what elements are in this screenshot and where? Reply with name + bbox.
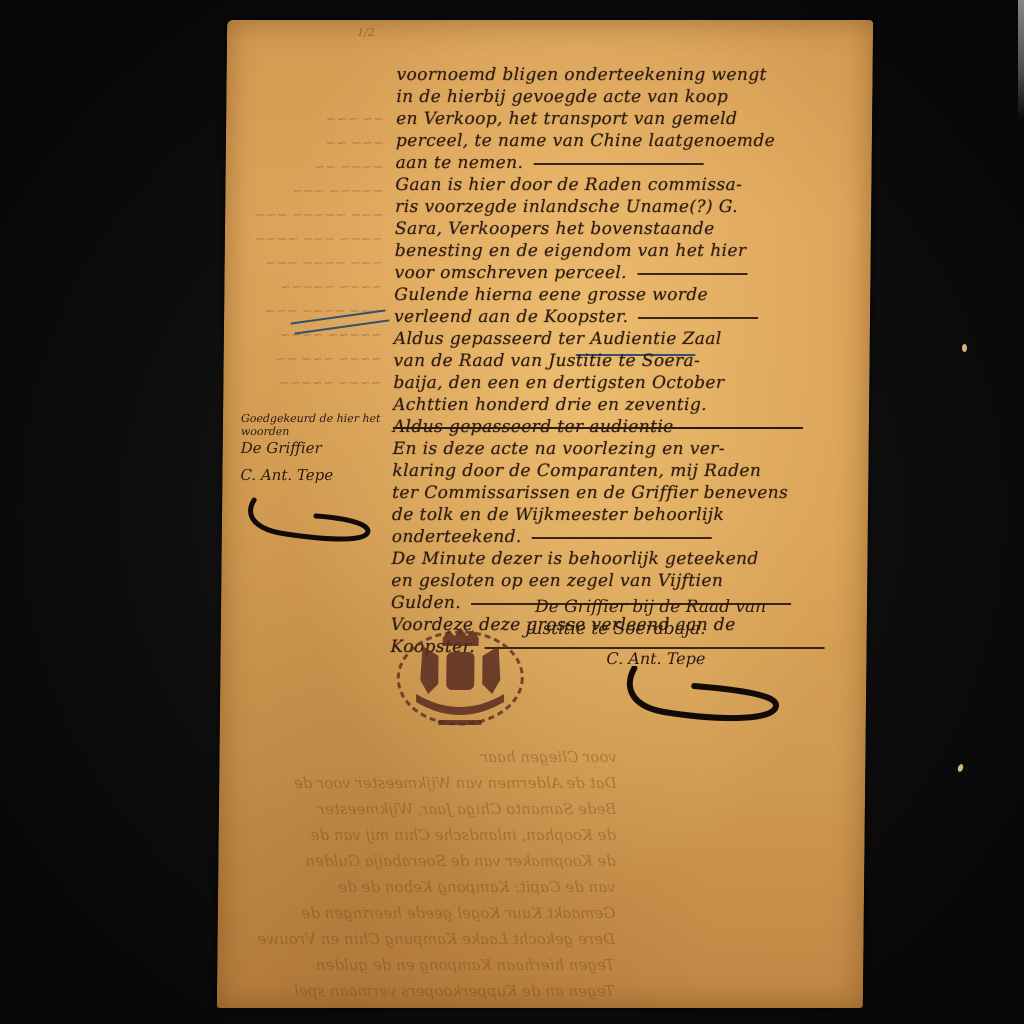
line-filler-rule: [532, 537, 712, 539]
main-handwritten-text: voornoemd bligen onderteekening wengt in…: [390, 64, 866, 658]
text-line: van de Raad van Justitie te Soera-: [393, 350, 863, 372]
frame-edge: [1018, 0, 1024, 120]
corner-mark: 1/2: [357, 26, 375, 39]
bleed-line: ~~~ ~~~~~ ~~~: [255, 204, 383, 228]
text-line: En is deze acte na voorlezing en ver-: [393, 438, 863, 460]
text-line: Gaan is hier door de Raden commissa-: [395, 174, 865, 196]
struck-text-line: Aldus gepasseerd ter audientie: [393, 416, 863, 438]
text-line: en gesloten op een zegel van Vijftien: [391, 570, 861, 592]
bleed-through-text: voor Cliegen haar Dat de Aldermen van Wi…: [257, 744, 617, 1004]
royal-seal-stamp-icon: [392, 624, 529, 734]
bleed-line: ~~~ ~~: [256, 132, 384, 156]
text-line-content: Gulden.: [391, 593, 461, 613]
text-line: ris voorzegde inlandsche Uname(?) G.: [395, 196, 865, 218]
text-line: verleend aan de Koopster.: [394, 306, 864, 328]
dust-speck: [962, 344, 967, 352]
bleed-line: Dat de Aldermen van Wijkmeester voor de: [259, 770, 617, 796]
bleed-line: ~~~~ ~~~ ~~: [253, 348, 381, 372]
signature-line-2: Justitie te Soerabaja.: [511, 618, 871, 640]
text-line: perceel, te name van Chine laatgenoemde: [396, 130, 866, 152]
text-line: onderteekend.: [392, 526, 862, 548]
text-line: aan te nemen.: [396, 152, 866, 174]
bleed-line: ~~~~~ ~~~: [255, 180, 383, 204]
bleed-line: ~~~~~ ~~~~: [254, 324, 382, 348]
signature-line-1: De Griffier bij de Raad van: [511, 596, 871, 618]
bleed-line: ~~~~ ~~~ ~~~~: [255, 228, 383, 252]
signature-flourish-icon: [246, 496, 377, 544]
bleed-line: voor Cliegen haar: [259, 744, 617, 770]
text-line: Achttien honderd drie en zeventig.: [393, 394, 863, 416]
margin-approval-note: Goedgekeurd de hier het woorden De Griff…: [240, 412, 381, 482]
text-line-content: verleend aan de Koopster.: [394, 307, 629, 327]
bleed-line: de Koopmaker van de Soerabaija Gulden: [258, 848, 616, 874]
text-line: benesting en de eigendom van het hier: [395, 240, 865, 262]
left-bleed-text: ~~ ~~~ ~~~ ~~ ~~~~ ~~ ~~~~~ ~~~ ~~~ ~~~~…: [253, 108, 384, 396]
margin-note-title: De Griffier: [241, 442, 381, 455]
text-line: voornoemd bligen onderteekening wengt: [396, 64, 866, 86]
text-line: en Verkoop, het transport van gemeld: [396, 108, 866, 130]
text-line-content: voor omschreven perceel.: [394, 263, 627, 283]
bleed-line: Bede Samanto Chiga Jaar, Wijkmeester: [259, 796, 617, 822]
text-line: Gulende hierna eene grosse worde: [394, 284, 864, 306]
text-line: baija, den een en dertigsten October: [393, 372, 863, 394]
line-filler-rule: [533, 163, 703, 165]
bleed-line: ~~~~ ~~: [255, 156, 383, 180]
line-filler-rule: [637, 273, 747, 275]
bleed-line: ~~ ~~~: [256, 108, 384, 132]
text-line: Sara, Verkoopers het bovenstaande: [395, 218, 865, 240]
text-line: voor omschreven perceel.: [394, 262, 864, 284]
bleed-line: Tegen hierhaan Kampong en de gulden: [257, 952, 615, 978]
bleed-line: Tegen an de Kupperkoopers vermaan spel: [257, 978, 615, 1004]
text-line: De Minute dezer is behoorlijk geteekend: [391, 548, 861, 570]
margin-note-text: Goedgekeurd de hier het woorden: [241, 412, 381, 438]
text-line: klaring door de Comparanten, mij Raden: [392, 460, 862, 482]
text-line-content: onderteekend.: [392, 527, 522, 547]
bleed-line: de Koophan, inlandsche Chin mij van de: [259, 822, 617, 848]
text-line: Aldus gepasseerd ter Audientie Zaal: [394, 328, 864, 350]
text-line-content: aan te nemen.: [396, 153, 524, 173]
line-filler-rule: [638, 317, 758, 319]
bleed-line: van de Capit: Kampong Kebon de de: [258, 874, 616, 900]
text-line: in de hierbij gevoegde acte van koop: [396, 86, 866, 108]
bleed-line: ~~~~ ~~~~~: [254, 276, 382, 300]
registrar-signature-block: De Griffier bij de Raad van Justitie te …: [510, 596, 871, 670]
text-line: de tolk en de Wijkmeester behoorlijk: [392, 504, 862, 526]
bleed-line: ~~~ ~~~~ ~~~: [254, 252, 382, 276]
bleed-line: ~~~~ ~~~~~: [253, 372, 381, 396]
document-page: 1/2 ~~ ~~~ ~~~ ~~ ~~~~ ~~ ~~~~~ ~~~ ~~~ …: [217, 20, 873, 1008]
bleed-line: Dere gekocht Laake Kampung Chin en Vrouw…: [257, 926, 615, 952]
text-line: ter Commissarissen en de Griffier beneve…: [392, 482, 862, 504]
bleed-line: Gemaakt Kuur Kogel geede heeringen de: [258, 900, 616, 926]
margin-note-signature: C. Ant. Tepe: [240, 469, 380, 482]
signature-flourish-icon: [624, 666, 785, 726]
